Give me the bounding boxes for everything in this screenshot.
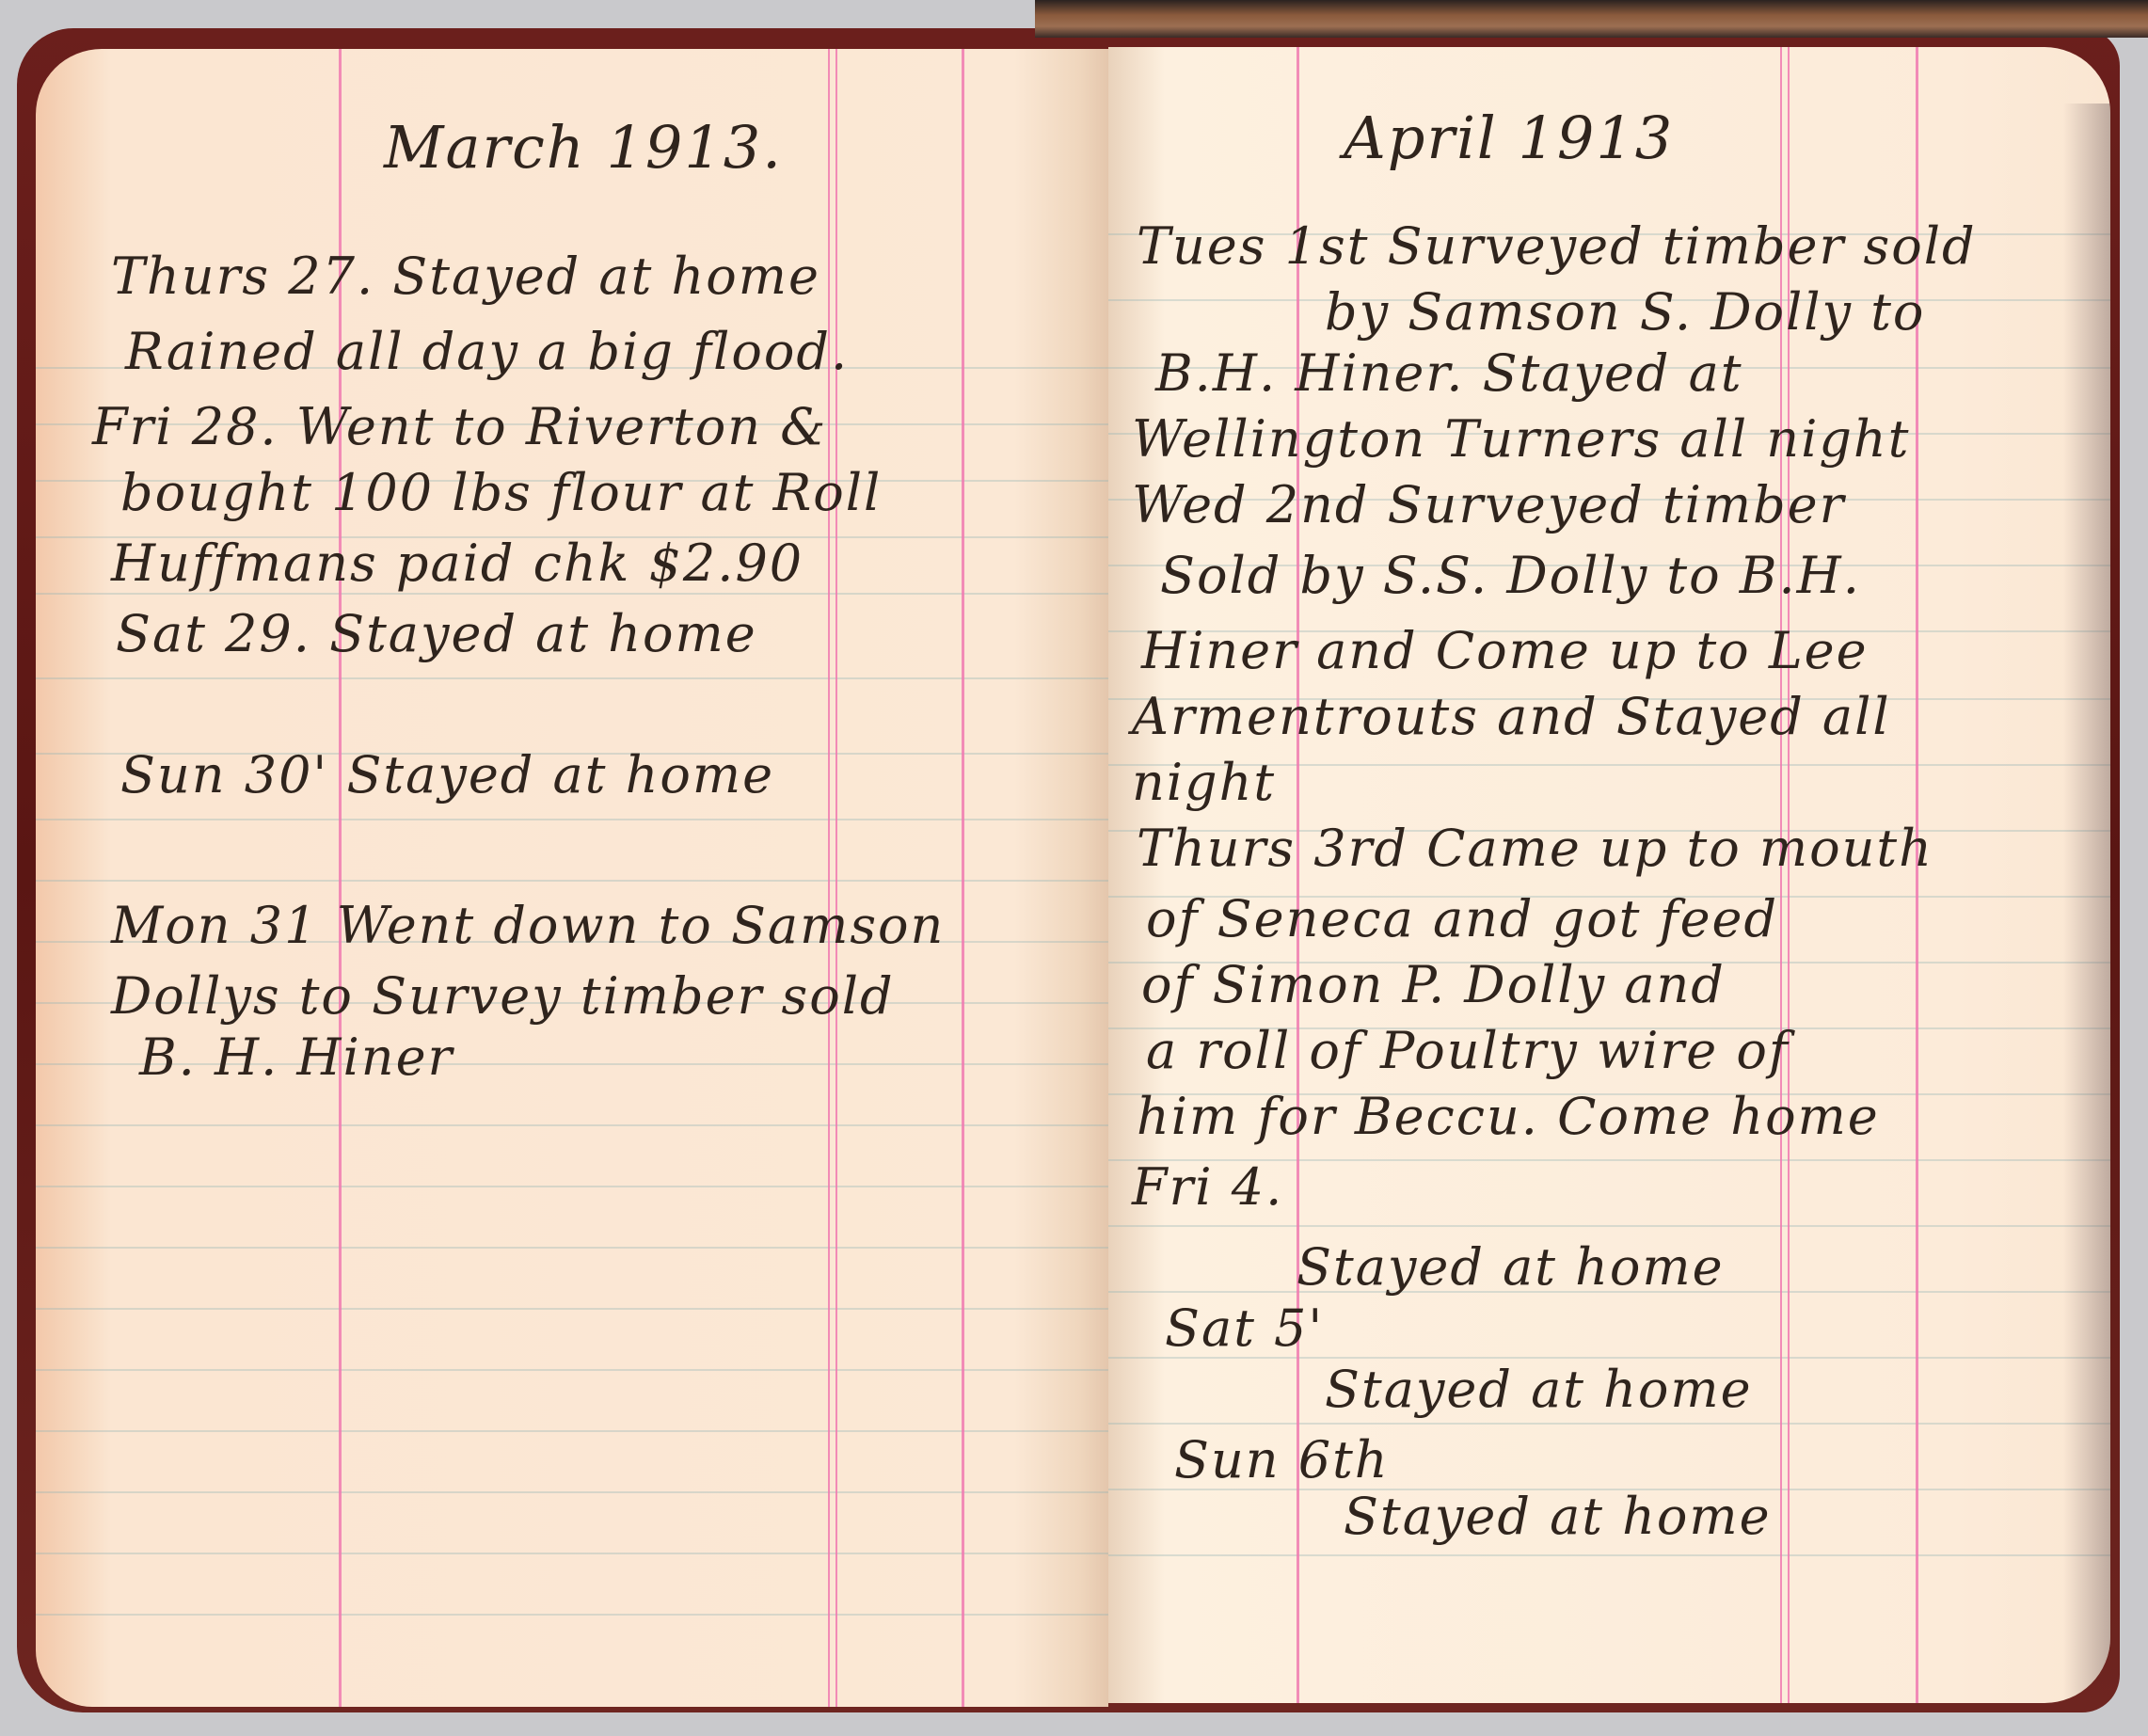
rule-line (36, 1614, 1108, 1616)
diary-line: Rained all day a big flood. (125, 322, 849, 381)
cover-top-edge (1035, 0, 2148, 38)
rule-line (36, 1308, 1108, 1310)
diary-line: Thurs 3rd Came up to mouth (1137, 819, 1933, 878)
diary-line: Armentrouts and Stayed all (1132, 687, 1891, 746)
diary-line: Thurs 27. Stayed at home (111, 247, 820, 306)
diary-line: Dollys to Survey timber sold (111, 966, 895, 1026)
rule-line (36, 1124, 1108, 1126)
diary-line: Sun 6th (1174, 1430, 1390, 1489)
diary-line: B. H. Hiner (139, 1027, 453, 1087)
diary-line: Fri 28. Went to Riverton & (92, 397, 827, 456)
rule-line (36, 593, 1108, 595)
rule-line (36, 880, 1108, 882)
diary-line: Hiner and Come up to Lee (1141, 621, 1869, 680)
rule-line (36, 1430, 1108, 1432)
margin-line (835, 49, 837, 1707)
rule-line (36, 1247, 1108, 1249)
rule-line (36, 1553, 1108, 1554)
rule-line (36, 819, 1108, 820)
diary-line: Stayed at home (1325, 1360, 1753, 1419)
margin-line (962, 49, 964, 1707)
diary-line: B.H. Hiner. Stayed at (1155, 343, 1743, 403)
diary-line: Sun 30' Stayed at home (120, 745, 774, 804)
diary-line: Wellington Turners all night (1132, 409, 1910, 469)
diary-line: by Samson S. Dolly to (1325, 282, 1925, 342)
page-heading: March 1913. (384, 113, 783, 182)
rule-line (1108, 1225, 2110, 1227)
margin-line (828, 49, 830, 1707)
rule-line (1108, 1423, 2110, 1425)
diary-line: of Seneca and got feed (1146, 889, 1778, 948)
diary-line: Huffmans paid chk $2.90 (111, 534, 804, 593)
rule-line (36, 1369, 1108, 1371)
diary-line: Sat 5' (1165, 1298, 1324, 1358)
rule-line (36, 1491, 1108, 1493)
diary-line: him for Beccu. Come home (1137, 1087, 1880, 1146)
diary-line: Stayed at home (1344, 1487, 1772, 1546)
diary-line: a roll of Poultry wire of (1146, 1021, 1790, 1080)
rule-line (36, 677, 1108, 679)
diary-line: Stayed at home (1297, 1237, 1725, 1297)
diary-line: of Simon P. Dolly and (1141, 955, 1726, 1014)
diary-line: Fri 4. (1132, 1157, 1283, 1217)
rule-line (1108, 1554, 2110, 1556)
page-heading: April 1913 (1344, 104, 1674, 172)
diary-line: Sat 29. Stayed at home (116, 604, 757, 663)
diary-line: Mon 31 Went down to Samson (111, 896, 945, 955)
diary-line: night (1132, 753, 1276, 812)
right-page: April 1913 Tues 1st Surveyed timber sold… (1108, 47, 2110, 1703)
diary-line: Tues 1st Surveyed timber sold (1137, 216, 1977, 276)
diary-line: Sold by S.S. Dolly to B.H. (1160, 546, 1861, 605)
page-edge-shadow (2063, 104, 2110, 1703)
diary-line: Wed 2nd Surveyed timber (1132, 475, 1845, 534)
rule-line (36, 1186, 1108, 1187)
diary-line: bought 100 lbs flour at Roll (120, 463, 882, 522)
left-page: March 1913. Thurs 27. Stayed at home Rai… (36, 49, 1108, 1707)
